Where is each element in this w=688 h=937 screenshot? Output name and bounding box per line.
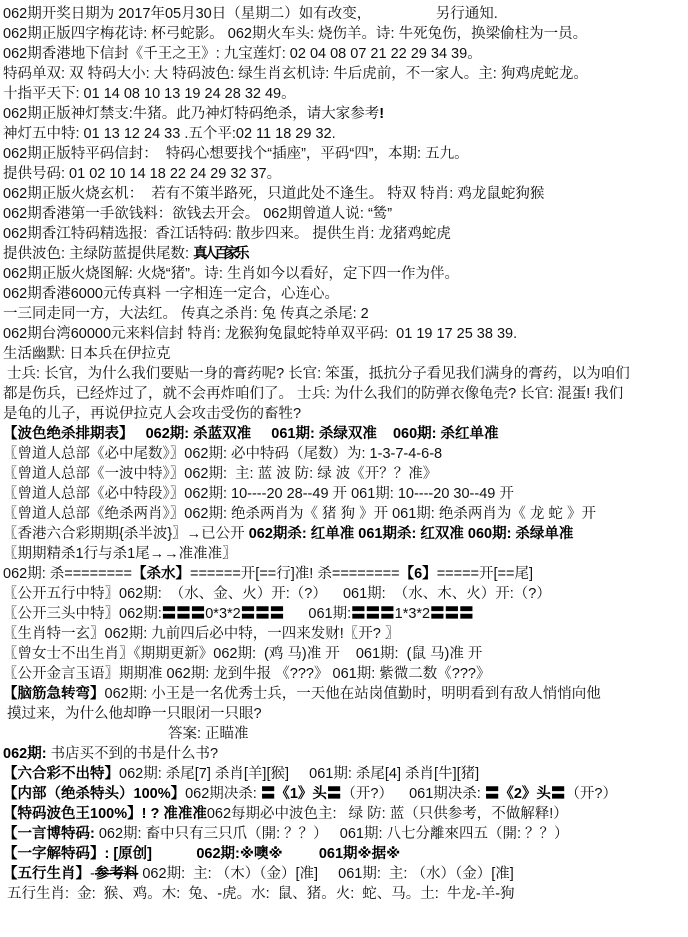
text-segment: 【六合彩不出特】 <box>3 766 119 782</box>
text-line-35: 【脑筋急转弯】062期: 小王是一名优秀士兵，一天他在站岗值勤时，明明看到有敌人… <box>3 684 688 704</box>
text-line-45: 五行生肖: 金: 猴、鸡。木: 兔、-虎。水: 鼠、猪。火: 蛇、马。土: 牛龙… <box>3 884 688 904</box>
text-segment: 062期香江特码精选报: 香江话特码: 散步四来。 提供生肖: 龙猪鸡蛇虎 <box>3 226 451 242</box>
text-line-13: 提供波色: 主绿防蓝提供尾数: 真人百家乐 <box>3 244 688 264</box>
text-segment: 062期正版火烧玄机： 若有不策半路死，只道此处不逢生。 特双 特肖: 鸡龙鼠蛇… <box>3 186 544 202</box>
text-segment: 062期: 小王是一名优秀士兵，一天他在站岗值勤时，明明看到有敌人悄悄向他 <box>105 686 601 702</box>
text-line-27: 〖香港六合彩期期{杀半波}〗→已公开 062期杀: 红单准 061期杀: 红双准… <box>3 524 688 544</box>
text-line-42: 【一言博特码: 062期: 畜中只有三只爪（開: ？？） 061期: 八七分離來… <box>3 824 688 844</box>
text-segment: 〖曾道人总部《必中特段》〗062期: 10----20 28--49 开 061… <box>3 486 514 502</box>
text-segment: 0*3*2 <box>205 606 240 622</box>
text-lines: 062期开奖日期为 2017年05月30日（星期二）如有改变， 另行通知.062… <box>3 4 688 904</box>
text-line-11: 062期香港第一手欲钱料：欲钱去开会。 062期曾道人说: “鸶” <box>3 204 688 224</box>
text-segment <box>152 846 196 862</box>
text-segment: 【内部（绝杀特头）100%】 <box>3 786 185 802</box>
text-line-6: 062期正版神灯禁支:牛猪。此乃神灯特码绝杀，请大家参考! <box>3 104 688 124</box>
text-segment: 【6】 <box>400 566 437 582</box>
text-segment: 【脑筋急转弯】 <box>3 686 105 702</box>
text-line-3: 062期香港地下信封《千王之王》: 九宝莲灯: 02 04 08 07 21 2… <box>3 44 688 64</box>
text-segment: 都是伤兵，已经炸过了，就不会再炸咱们了。 士兵: 为什么我们的防弹衣像龟壳? 长… <box>3 386 623 402</box>
text-line-19: 士兵: 长官，为什么我们要贴一身的膏药呢? 长官: 笨蛋，抵抗分子看见我们满身的… <box>3 364 688 384</box>
text-line-4: 特码单双: 双 特码大小: 大 特码波色: 绿生肖玄机诗: 牛后虎前，不一家人。… <box>3 64 688 84</box>
text-line-14: 062期正版火烧图解: 火烧“猪”。诗: 生肖如今以看好，定下四一作为伴。 <box>3 264 688 284</box>
text-segment: 1*3*2 <box>395 606 430 622</box>
text-segment: 〓〓〓 <box>241 606 285 622</box>
text-segment: （开?） <box>565 786 617 802</box>
text-segment: 答案: 正瞄准 <box>168 726 249 742</box>
text-segment: 摸过来，为什么他却睁一只眼闭一只眼? <box>3 706 262 722</box>
text-segment: 062期决杀: <box>185 786 261 802</box>
text-segment: 书店买不到的书是什么书? <box>51 746 219 762</box>
text-line-7: 神灯五中特: 01 13 12 24 33 .五个平:02 11 18 29 3… <box>3 124 688 144</box>
text-line-5: 十指平天下: 01 14 08 10 13 19 24 28 32 49。 <box>3 84 688 104</box>
text-segment: 062期香港地下信封《千王之王》: 九宝莲灯: 02 04 08 07 21 2… <box>3 46 482 62</box>
text-line-17: 062期台湾60000元来料信封 特肖: 龙猴狗兔鼠蛇特单双平码: 01 19 … <box>3 324 688 344</box>
text-segment: 062期正版神灯禁支:牛猪。此乃神灯特码绝杀，请大家参考 <box>3 106 379 122</box>
text-line-21: 是龟的儿子，再说伊拉克人会攻击受伤的畜牲? <box>3 404 688 424</box>
text-line-33: 〖曾女士不出生肖〗《期期更新》062期: (鸡 马)准 开 061期: (鼠 马… <box>3 644 688 664</box>
text-segment: 提供号码: 01 02 10 14 18 22 24 29 32 37。 <box>3 166 281 182</box>
text-segment: 〖公开金言玉语〗期期准 062期: 龙到牛报 《???》 061期: 紫微二数《… <box>3 666 490 682</box>
text-segment: 是龟的儿子，再说伊拉克人会攻击受伤的畜牲? <box>3 406 301 422</box>
text-line-9: 提供号码: 01 02 10 14 18 22 24 29 32 37。 <box>3 164 688 184</box>
text-segment: 五行生肖: 金: 猴、鸡。木: 兔、-虎。水: 鼠、猪。火: 蛇、马。土: 牛龙… <box>3 886 515 902</box>
text-segment: 〓《1》头〓 <box>261 786 342 802</box>
text-segment: 〖曾道人总部《必中尾数》〗062期: 必中特码（尾数）为: 1-3-7-4-6-… <box>3 446 442 462</box>
text-segment: 【杀水】 <box>132 566 190 582</box>
text-segment: 〓〓〓 <box>351 606 395 622</box>
text-segment: 062期正版特平码信封： 特码心想要找个“插座”，平码“四”，本期: 五九。 <box>3 146 469 162</box>
text-segment: 特码单双: 双 特码大小: 大 特码波色: 绿生肖玄机诗: 牛后虎前，不一家人。… <box>3 66 588 82</box>
text-segment: （开?） 061期决杀: <box>341 786 484 802</box>
text-line-38: 062期: 书店买不到的书是什么书? <box>3 744 688 764</box>
page: 062期开奖日期为 2017年05月30日（星期二）如有改变， 另行通知.062… <box>0 0 688 937</box>
text-line-2: 062期正版四字梅花诗: 杯弓蛇影。 062期火车头: 烧伤羊。诗: 牛死兔伤，… <box>3 24 688 44</box>
text-segment: 十指平天下: 01 14 08 10 13 19 24 28 32 49。 <box>3 86 296 102</box>
text-segment: 提供波色: 主绿防蓝提供尾数: <box>3 246 193 262</box>
text-line-32: 〖生肖特一玄〗062期: 九前四后必中特，一四来发财!〖开? 〗 <box>3 624 688 644</box>
text-line-28: 〖期期精杀1行与杀1尾→→准准准〗 <box>3 544 688 564</box>
text-segment: 〖香港六合彩期期{杀半波}〗→已公开 <box>3 526 249 542</box>
text-segment: ! <box>379 106 384 122</box>
text-segment: 〖曾道人总部《一波中特》〗062期: 主: 蓝 波 防: 绿 波《开？？准》 <box>3 466 437 482</box>
text-line-20: 都是伤兵，已经炸过了，就不会再炸咱们了。 士兵: 为什么我们的防弹衣像龟壳? 长… <box>3 384 688 404</box>
text-segment: 〓〓〓 <box>162 606 206 622</box>
text-segment: 〓《2》头〓 <box>485 786 566 802</box>
text-line-25: 〖曾道人总部《必中特段》〗062期: 10----20 28--49 开 061… <box>3 484 688 504</box>
text-line-30: 〖公开五行中特〗062期: （水、金、火）开:（?） 061期: （水、木、火）… <box>3 584 688 604</box>
text-segment: 062期开奖日期为 2017年05月30日（星期二）如有改变， 另行通知. <box>3 6 498 22</box>
text-segment: 【特码波色王100%】! ? 准准准 <box>3 806 207 822</box>
text-segment: 神灯五中特: 01 13 12 24 33 .五个平:02 11 18 29 3… <box>3 126 336 142</box>
text-segment: 062期杀: 红单准 061期杀: 红双准 060期: 杀绿单准 <box>249 526 574 542</box>
text-segment: 062期正版四字梅花诗: 杯弓蛇影。 062期火车头: 烧伤羊。诗: 牛死兔伤，… <box>3 26 587 42</box>
text-line-39: 【六合彩不出特】062期: 杀尾[7] 杀肖[羊][猴] 061期: 杀尾[4]… <box>3 764 688 784</box>
text-segment: 〖曾道人总部《绝杀两肖》〗062期: 绝杀两肖为《 猪 狗 》开 061期: 绝… <box>3 506 596 522</box>
text-segment: 062期: 畜中只有三只爪（開: ？？） 061期: 八七分離來四五（開: ？？… <box>99 826 569 842</box>
text-line-16: 一三同走同一方，大法红。 传真之杀肖: 兔 传真之杀尾: 2 <box>3 304 688 324</box>
text-segment <box>283 846 319 862</box>
text-line-34: 〖公开金言玉语〗期期准 062期: 龙到牛报 《???》 061期: 紫微二数《… <box>3 664 688 684</box>
text-segment: 062期: 杀尾[7] 杀肖[羊][猴] 061期: 杀尾[4] 杀肖[牛][猪… <box>119 766 479 782</box>
text-segment: 〖公开三头中特〗062期: <box>3 606 162 622</box>
text-segment: ======开[==行]准! 杀======== <box>190 566 400 582</box>
text-line-44: 【五行生肖】-参考料 062期: 主: （木）（金）[准] 061期: 主: （… <box>3 864 688 884</box>
text-segment: 【五行生肖】 <box>3 866 90 882</box>
text-segment: 062期正版火烧图解: 火烧“猪”。诗: 生肖如今以看好，定下四一作为伴。 <box>3 266 459 282</box>
text-line-12: 062期香江特码精选报: 香江话特码: 散步四来。 提供生肖: 龙猪鸡蛇虎 <box>3 224 688 244</box>
text-segment: 〖曾女士不出生肖〗《期期更新》062期: (鸡 马)准 开 061期: (鼠 马… <box>3 646 482 662</box>
text-line-36: 摸过来，为什么他却睁一只眼闭一只眼? <box>3 704 688 724</box>
text-line-23: 〖曾道人总部《必中尾数》〗062期: 必中特码（尾数）为: 1-3-7-4-6-… <box>3 444 688 464</box>
text-line-26: 〖曾道人总部《绝杀两肖》〗062期: 绝杀两肖为《 猪 狗 》开 061期: 绝… <box>3 504 688 524</box>
text-line-18: 生活幽默: 日本兵在伊拉克 <box>3 344 688 364</box>
text-segment: 〖公开五行中特〗062期: （水、金、火）开:（?） 061期: （水、木、火）… <box>3 586 551 602</box>
text-line-15: 062期香港6000元传真料 一字相连一定合，心连心。 <box>3 284 688 304</box>
text-segment: 062期香港第一手欲钱料：欲钱去开会。 062期曾道人说: “鸶” <box>3 206 392 222</box>
text-segment: 061期: <box>284 606 351 622</box>
text-segment: 062期台湾60000元来料信封 特肖: 龙猴狗兔鼠蛇特单双平码: 01 19 … <box>3 326 517 342</box>
text-segment: 062期:※噢※ <box>196 846 282 862</box>
text-line-22: 【波色绝杀排期表】 062期: 杀蓝双准 061期: 杀绿双准 060期: 杀红… <box>3 424 688 444</box>
text-line-40: 【内部（绝杀特头）100%】062期决杀: 〓《1》头〓（开?） 061期决杀:… <box>3 784 688 804</box>
text-line-24: 〖曾道人总部《一波中特》〗062期: 主: 蓝 波 防: 绿 波《开？？准》 <box>3 464 688 484</box>
text-segment: 一三同走同一方，大法红。 传真之杀肖: 兔 传真之杀尾: 2 <box>3 306 369 322</box>
text-segment: 062每期必中波色主: 绿 防: 蓝（只供参考，不做解释!） <box>207 806 568 822</box>
text-segment: 062期香港6000元传真料 一字相连一定合，心连心。 <box>3 286 339 302</box>
text-line-41: 【特码波色王100%】! ? 准准准062每期必中波色主: 绿 防: 蓝（只供参… <box>3 804 688 824</box>
text-segment: 062期: 杀======== <box>3 566 132 582</box>
text-line-37: 答案: 正瞄准 <box>3 724 688 744</box>
text-segment: =====开[==尾] <box>437 566 533 582</box>
text-segment: 生活幽默: 日本兵在伊拉克 <box>3 346 171 362</box>
text-segment: 【波色绝杀排期表】 062期: 杀蓝双准 061期: 杀绿双准 060期: 杀红… <box>3 426 499 442</box>
text-segment: 【一字解特码】: [原创] <box>3 846 152 862</box>
text-segment: 061期※据※ <box>319 846 400 862</box>
text-segment: 【一言博特码: <box>3 826 99 842</box>
text-line-8: 062期正版特平码信封： 特码心想要找个“插座”，平码“四”，本期: 五九。 <box>3 144 688 164</box>
text-line-43: 【一字解特码】: [原创] 062期:※噢※ 061期※据※ <box>3 844 688 864</box>
text-segment: 〓〓〓 <box>430 606 474 622</box>
text-segment: 〖生肖特一玄〗062期: 九前四后必中特，一四来发财!〖开? 〗 <box>3 626 399 642</box>
text-line-31: 〖公开三头中特〗062期:〓〓〓0*3*2〓〓〓 061期:〓〓〓1*3*2〓〓… <box>3 604 688 624</box>
text-segment: 〖期期精杀1行与杀1尾→→准准准〗 <box>3 546 237 562</box>
text-segment: 062期: <box>3 746 51 762</box>
text-segment: 真人百家乐 <box>193 246 246 262</box>
text-segment: 士兵: 长官，为什么我们要贴一身的膏药呢? 长官: 笨蛋，抵抗分子看见我们满身的… <box>3 366 630 382</box>
text-segment: 参考料 <box>95 866 139 882</box>
text-line-10: 062期正版火烧玄机： 若有不策半路死，只道此处不逢生。 特双 特肖: 鸡龙鼠蛇… <box>3 184 688 204</box>
text-line-1: 062期开奖日期为 2017年05月30日（星期二）如有改变， 另行通知. <box>3 4 688 24</box>
text-line-29: 062期: 杀========【杀水】======开[==行]准! 杀=====… <box>3 564 688 584</box>
text-segment: 062期: 主: （木）（金）[准] 061期: 主: （水）（金）[准] <box>138 866 513 882</box>
